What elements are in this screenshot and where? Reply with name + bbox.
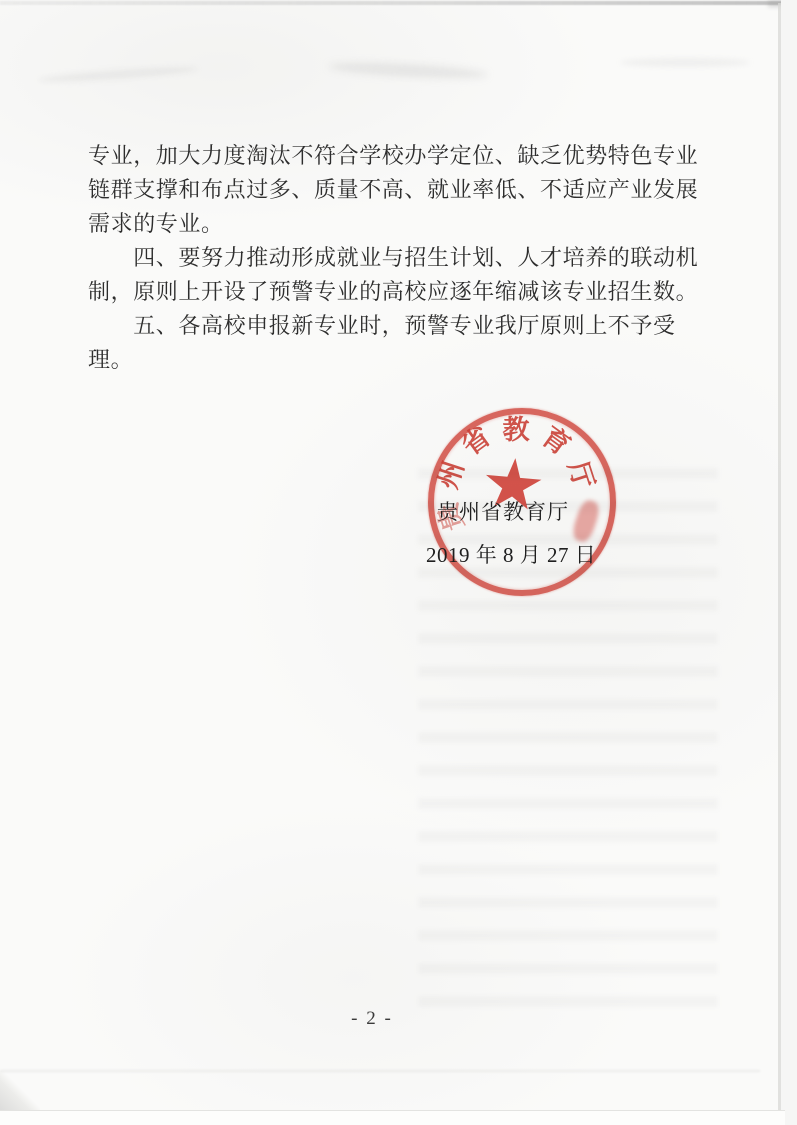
scan-smudge: [620, 58, 750, 67]
issuer-signature: 贵州省教育厅: [437, 496, 569, 526]
body-line: 五、各高校申报新专业时，预警专业我厅原则上不予受: [88, 309, 710, 343]
issue-date: 2019 年 8 月 27 日: [426, 539, 596, 569]
scan-right-margin: [781, 0, 797, 1125]
scanned-document-screenshot: { "page": { "number_label": "- 2 -", "pa…: [0, 0, 797, 1125]
body-line: 专业，加大力度淘汰不符合学校办学定位、缺乏优势特色专业: [88, 139, 710, 173]
paper-crease: [0, 1070, 760, 1072]
page-corner-fold: [0, 1071, 40, 1111]
body-line: 需求的专业。: [88, 207, 710, 241]
body-line: 四、要努力推动形成就业与招生计划、人才培养的联动机: [88, 241, 710, 275]
page-bottom-edge: [0, 1110, 785, 1125]
document-body: 专业，加大力度淘汰不符合学校办学定位、缺乏优势特色专业 链群支撑和布点过多、质量…: [88, 139, 710, 377]
scan-top-edge-shadow: [0, 1, 797, 5]
body-line: 理。: [88, 343, 710, 377]
body-line: 链群支撑和布点过多、质量不高、就业率低、不适应产业发展: [88, 173, 710, 207]
page-number: - 2 -: [332, 1008, 412, 1030]
page-right-edge-line: [778, 3, 781, 1110]
body-line: 制，原则上开设了预警专业的高校应逐年缩减该专业招生数。: [88, 275, 710, 309]
seal-arc-char: 教: [500, 414, 532, 446]
